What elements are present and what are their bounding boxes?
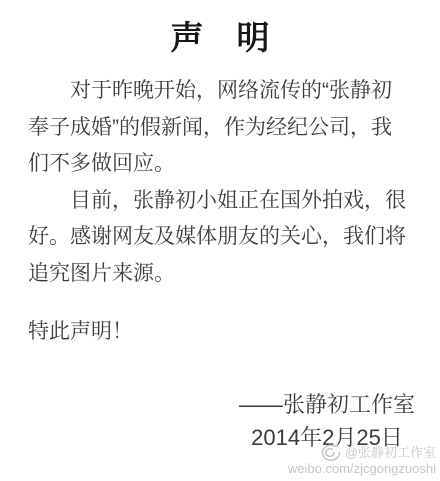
signature: ——张静初工作室: [239, 388, 415, 421]
weibo-eye-icon: [318, 444, 342, 461]
watermark-account: @张静初工作室: [345, 445, 436, 460]
watermark-url: weibo.com/zjcgongzuoshi: [288, 461, 436, 476]
statement-body: 对于昨晚开始，网络流传的“张静初 奉子成婚”的假新闻，作为经纪公司，我 们不多做…: [28, 73, 416, 350]
statement-paragraph-1: 对于昨晚开始，网络流传的“张静初 奉子成婚”的假新闻，作为经纪公司，我 们不多做…: [28, 73, 416, 183]
weibo-watermark: @张静初工作室 weibo.com/zjcgongzuoshi: [288, 444, 436, 476]
closing-line: 特此声明！: [28, 314, 416, 351]
statement-paragraph-2: 目前，张静初小姐正在国外拍戏，很 好。感谢网友及媒体朋友的关心，我们将 追究图片…: [28, 183, 416, 293]
statement-page: 声 明 对于昨晚开始，网络流传的“张静初 奉子成婚”的假新闻，作为经纪公司，我 …: [0, 0, 440, 481]
statement-title: 声 明: [0, 0, 440, 61]
